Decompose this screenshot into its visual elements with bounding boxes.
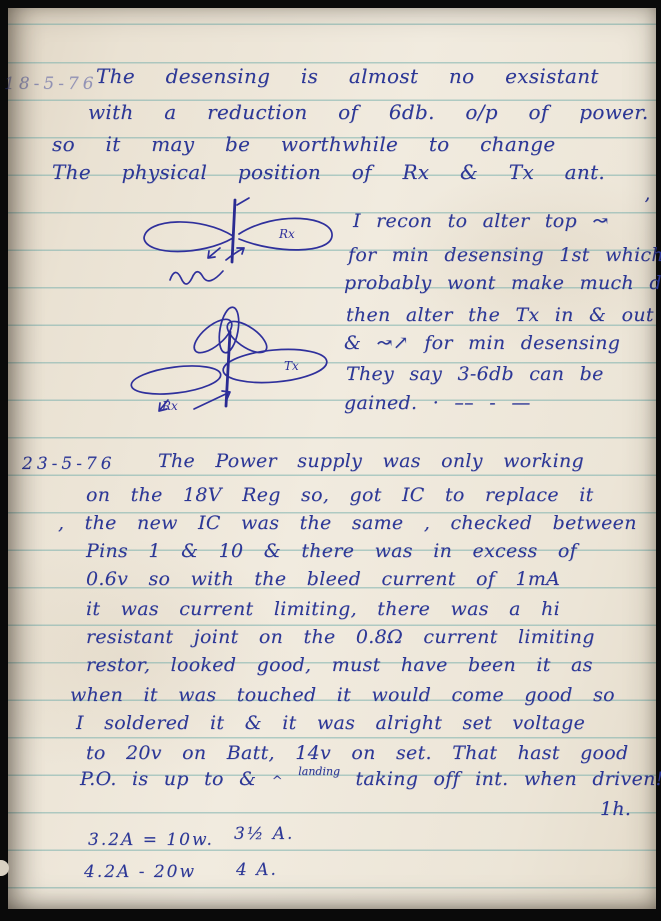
entry2-date: 23-5-76 — [22, 456, 116, 474]
ruled-paper: 18-5-76 The desensing is almost no exsis… — [8, 8, 656, 909]
handwriting-line: probably wont make much diff — [344, 274, 661, 294]
handwriting-line: , the new IC was the same , checked betw… — [58, 514, 637, 534]
handwriting-line: then alter the Tx in & out — [346, 306, 654, 326]
antenna-pattern-diagram-tx: Tx Rx — [128, 304, 343, 422]
margin-tick: ’ — [644, 196, 650, 216]
handwriting-line: Pins 1 & 10 & there was in excess of — [86, 542, 577, 562]
handwriting-line-po: P.O. is up to & ^ landing taking off int… — [80, 770, 661, 790]
handwriting-line: The physical position of Rx & Tx ant. — [52, 162, 605, 183]
footnote-left-2: 4.2A - 20w — [84, 864, 196, 882]
arrow-left — [208, 248, 220, 258]
insertion-caret: ^ — [272, 774, 283, 789]
po-text-before: P.O. is up to & — [80, 768, 256, 790]
handwriting-line: so it may be worthwhile to change — [52, 134, 555, 155]
handwriting-line: it was current limiting, there was a hi — [86, 600, 560, 620]
antenna-top-tick — [237, 198, 249, 205]
po-text-after: taking off int. when driven! — [355, 768, 661, 790]
handwriting-line: They say 3-6db can be — [346, 365, 604, 385]
ground-squiggle — [170, 271, 223, 284]
notebook-scan: 18-5-76 The desensing is almost no exsis… — [0, 0, 661, 921]
handwriting-line: gained. · –– - — — [344, 394, 531, 414]
label-tx: Tx — [284, 359, 299, 373]
handwriting-line: to 20v on Batt, 14v on set. That hast go… — [86, 744, 629, 764]
handwriting-line: The Power supply was only working — [158, 452, 584, 472]
arrow-up-right — [194, 391, 230, 409]
inserted-word: landing — [298, 765, 340, 778]
footnote-left-1: 3.2A = 10w. — [88, 832, 214, 850]
footnote-right-2: 4 A. — [236, 862, 278, 880]
entry1-date: 18-5-76 — [4, 76, 98, 94]
handwriting-line: for min desensing 1st which — [348, 246, 661, 266]
handwriting-line: 0.6v so with the bleed current of 1mA — [86, 570, 560, 590]
handwriting-line: The desensing is almost no exsistant — [96, 66, 599, 87]
handwriting-line: on the 18V Reg so, got IC to replace it — [86, 486, 594, 506]
radiation-lobe-left — [130, 362, 222, 399]
duration-note: 1h. — [600, 800, 631, 820]
radiation-lobe-left — [144, 222, 233, 252]
arrow-right — [226, 248, 244, 260]
footnote-right-1: 3½ A. — [234, 826, 294, 844]
handwriting-line: when it was touched it would come good s… — [70, 686, 615, 706]
radiation-lobe-right — [222, 346, 328, 387]
antenna-pattern-diagram-rx: Rx — [136, 196, 346, 296]
handwriting-line: resistant joint on the 0.8Ω current limi… — [86, 628, 595, 648]
handwriting-line: I recon to alter top ↝ — [353, 212, 609, 232]
label-rx: Rx — [278, 227, 295, 241]
handwriting-line: restor, looked good, must have been it a… — [86, 656, 593, 676]
handwriting-line: & ↝↗ for min desensing — [344, 334, 620, 354]
handwriting-line: I soldered it & it was alright set volta… — [76, 714, 585, 734]
handwriting-line: with a reduction of 6db. o/p of power. — [88, 102, 649, 123]
